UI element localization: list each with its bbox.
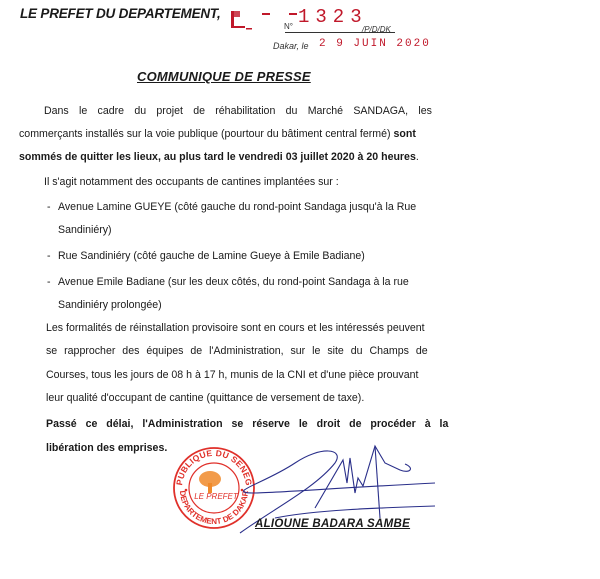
reference-label: N°: [284, 22, 293, 31]
paragraph2-line1: Les formalités de réinstallation proviso…: [46, 322, 425, 334]
list-item-3-line1: Avenue Emile Badiane (sur les deux côtés…: [58, 276, 409, 288]
paragraph3-line2: libération des emprises.: [46, 442, 167, 454]
place-label: Dakar, le: [273, 41, 309, 51]
red-stamp-mark-icon: [230, 9, 252, 31]
reference-number: 1323: [298, 6, 368, 28]
word: projet: [156, 105, 183, 117]
paragraph2-line2: se rapprocher des équipes de l'Administr…: [46, 345, 428, 357]
signatory-name: ALIOUNE BADARA SAMBE: [255, 518, 410, 530]
seal-center-text: LE PREFET: [194, 492, 239, 501]
text: .: [416, 151, 419, 163]
word: Dans: [44, 105, 69, 117]
reference-suffix: /P/D/DK: [362, 25, 391, 34]
word: Marché: [308, 105, 343, 117]
paragraph3-line1: Passé ce délai, l'Administration se rése…: [46, 418, 448, 430]
word: du: [286, 105, 298, 117]
word: de: [193, 105, 205, 117]
list-bullet: -: [47, 250, 51, 262]
baobab-emblem-icon: [199, 471, 221, 493]
text-bold: sont: [394, 128, 416, 140]
paragraph1-line3: sommés de quitter les lieux, au plus tar…: [19, 151, 419, 163]
list-item-2-line1: Rue Sandiniéry (côté gauche de Lamine Gu…: [58, 250, 365, 262]
list-item-1-line1: Avenue Lamine GUEYE (côté gauche du rond…: [58, 201, 416, 213]
word: du: [134, 105, 146, 117]
issuer-heading: LE PREFET DU DEPARTEMENT,: [20, 6, 221, 21]
word: les: [418, 105, 432, 117]
text: commerçants installés sur la voie publiq…: [19, 128, 391, 140]
date-stamp: 2 9 JUIN 2020: [319, 38, 431, 50]
list-bullet: -: [47, 276, 51, 288]
word: cadre: [98, 105, 125, 117]
paragraph1-line2: commerçants installés sur la voie publiq…: [19, 128, 416, 140]
word: le: [79, 105, 87, 117]
list-item-1-line2: Sandiniéry): [58, 224, 112, 236]
list-item-3-line2: Sandiniéry prolongée): [58, 299, 162, 311]
stamp-dash: [262, 13, 270, 15]
list-intro: Il s'agit notamment des occupants de can…: [44, 176, 339, 188]
text-bold: sommés de quitter les lieux, au plus tar…: [19, 151, 416, 163]
paragraph2-line4: leur qualité d'occupant de cantine (quit…: [46, 392, 364, 404]
word: réhabilitation: [215, 105, 275, 117]
word: SANDAGA,: [353, 105, 408, 117]
paragraph1-line1: Dans le cadre du projet de réhabilitatio…: [44, 105, 432, 117]
list-bullet: -: [47, 201, 51, 213]
document-title: COMMUNIQUE DE PRESSE: [137, 69, 311, 84]
stamp-dash: [289, 13, 297, 15]
paragraph2-line3: Courses, tous les jours de 08 h à 17 h, …: [46, 369, 418, 381]
